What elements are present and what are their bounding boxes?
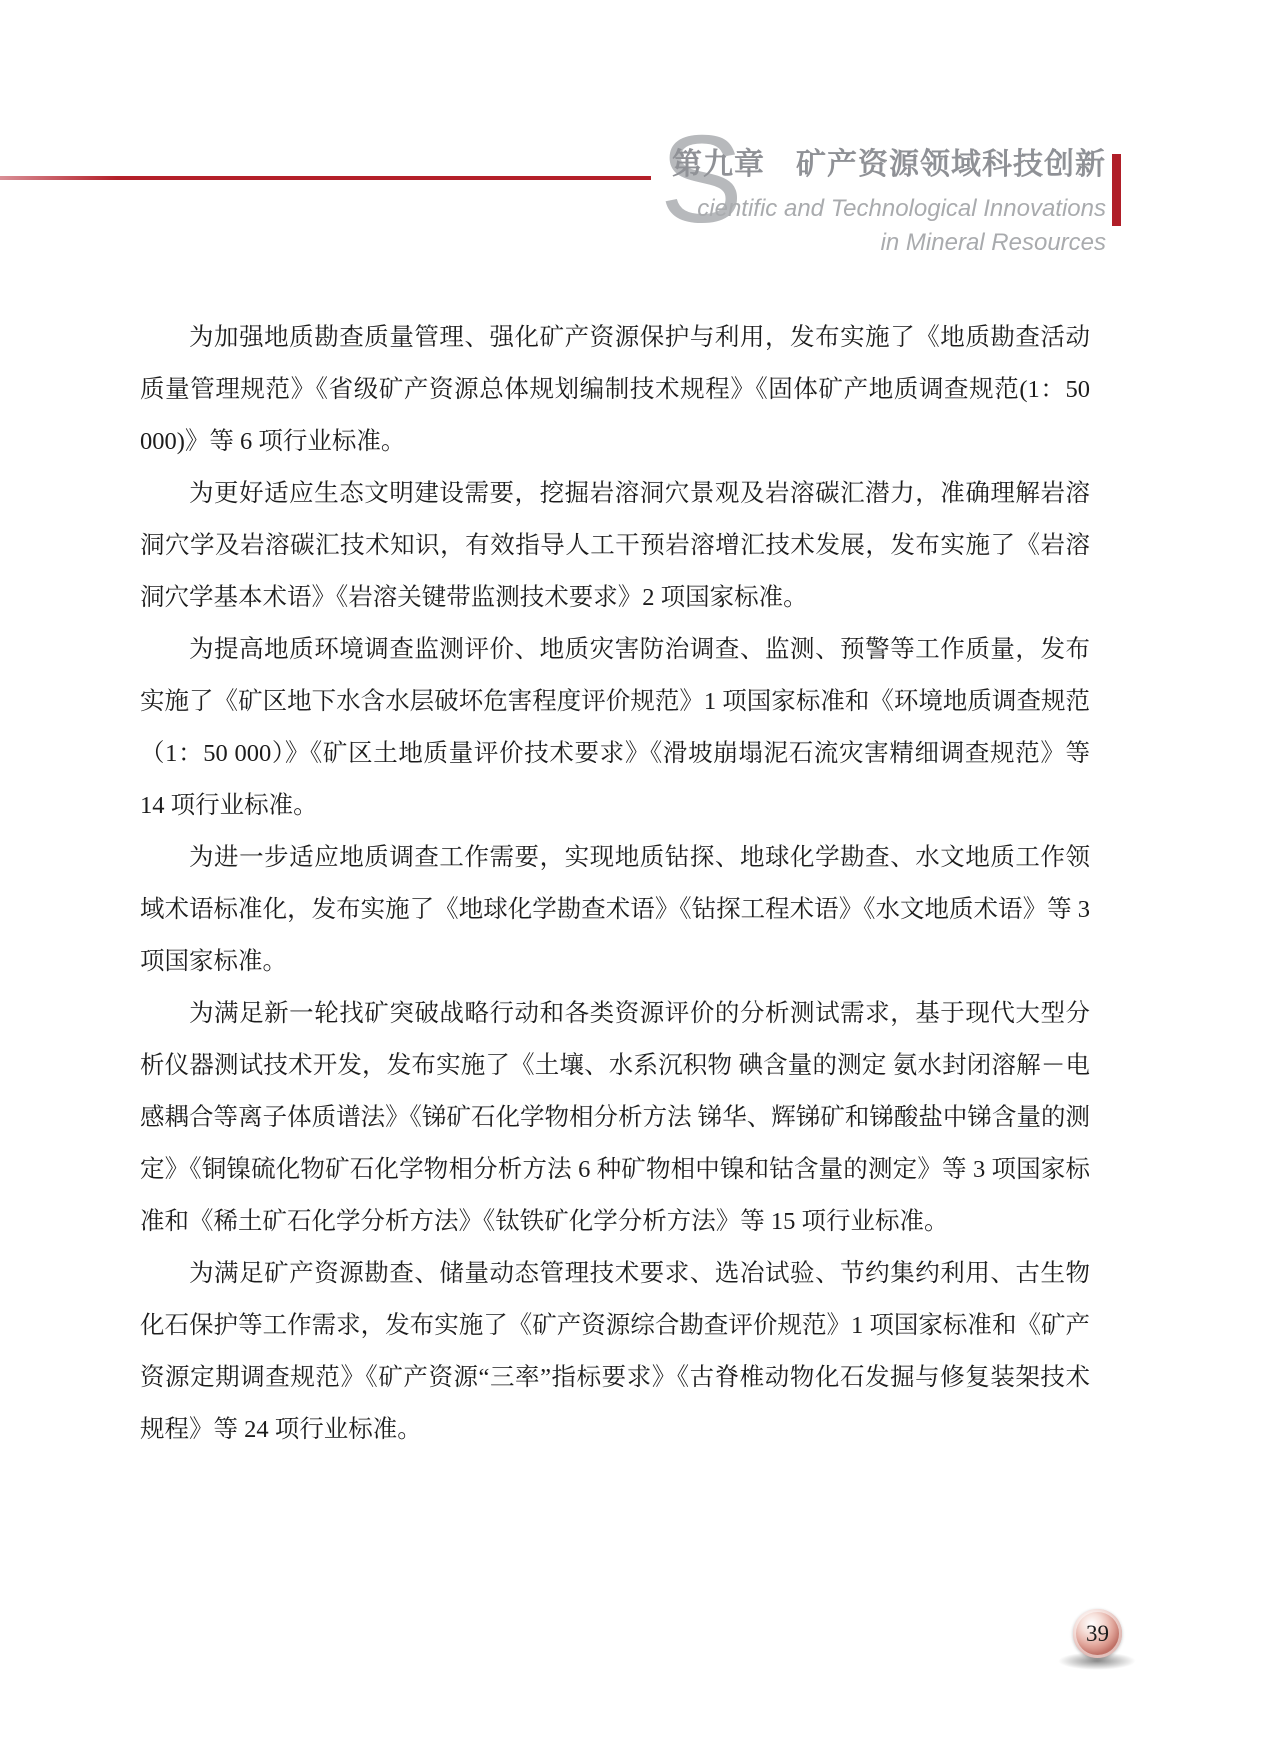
paragraph-industry-standards-6: 为加强地质勘查质量管理、强化矿产资源保护与利用，发布实施了《地质勘查活动质量管理… — [140, 312, 1090, 468]
page-number: 39 — [1086, 1622, 1109, 1645]
body-text-block: 为加强地质勘查质量管理、强化矿产资源保护与利用，发布实施了《地质勘查活动质量管理… — [140, 312, 1090, 1456]
chapter-subtitle-en-line1: cientific and Technological Innovations — [697, 196, 1106, 222]
header-rule-line — [0, 176, 651, 180]
chapter-title-zh: 第九章 矿产资源领域科技创新 — [672, 148, 1106, 182]
paragraph-terminology-standards-3: 为进一步适应地质调查工作需要，实现地质钻探、地球化学勘查、水文地质工作领域术语标… — [140, 832, 1090, 988]
chapter-subtitle-en-line2: in Mineral Resources — [881, 230, 1106, 256]
document-page: S 第九章 矿产资源领域科技创新 cientific and Technolog… — [0, 0, 1280, 1737]
paragraph-geo-environment-standards-14: 为提高地质环境调查监测评价、地质灾害防治调查、监测、预警等工作质量，发布实施了《… — [140, 624, 1090, 832]
header-accent-bar — [1112, 154, 1121, 226]
page-number-badge: 39 — [1073, 1609, 1122, 1658]
paragraph-analysis-testing-standards-15: 为满足新一轮找矿突破战略行动和各类资源评价的分析测试需求，基于现代大型分析仪器测… — [140, 988, 1090, 1248]
paragraph-karst-standards-2: 为更好适应生态文明建设需要，挖掘岩溶洞穴景观及岩溶碳汇潜力，准确理解岩溶洞穴学及… — [140, 468, 1090, 624]
paragraph-resource-survey-standards-24: 为满足矿产资源勘查、储量动态管理技术要求、选冶试验、节约集约利用、古生物化石保护… — [140, 1248, 1090, 1456]
